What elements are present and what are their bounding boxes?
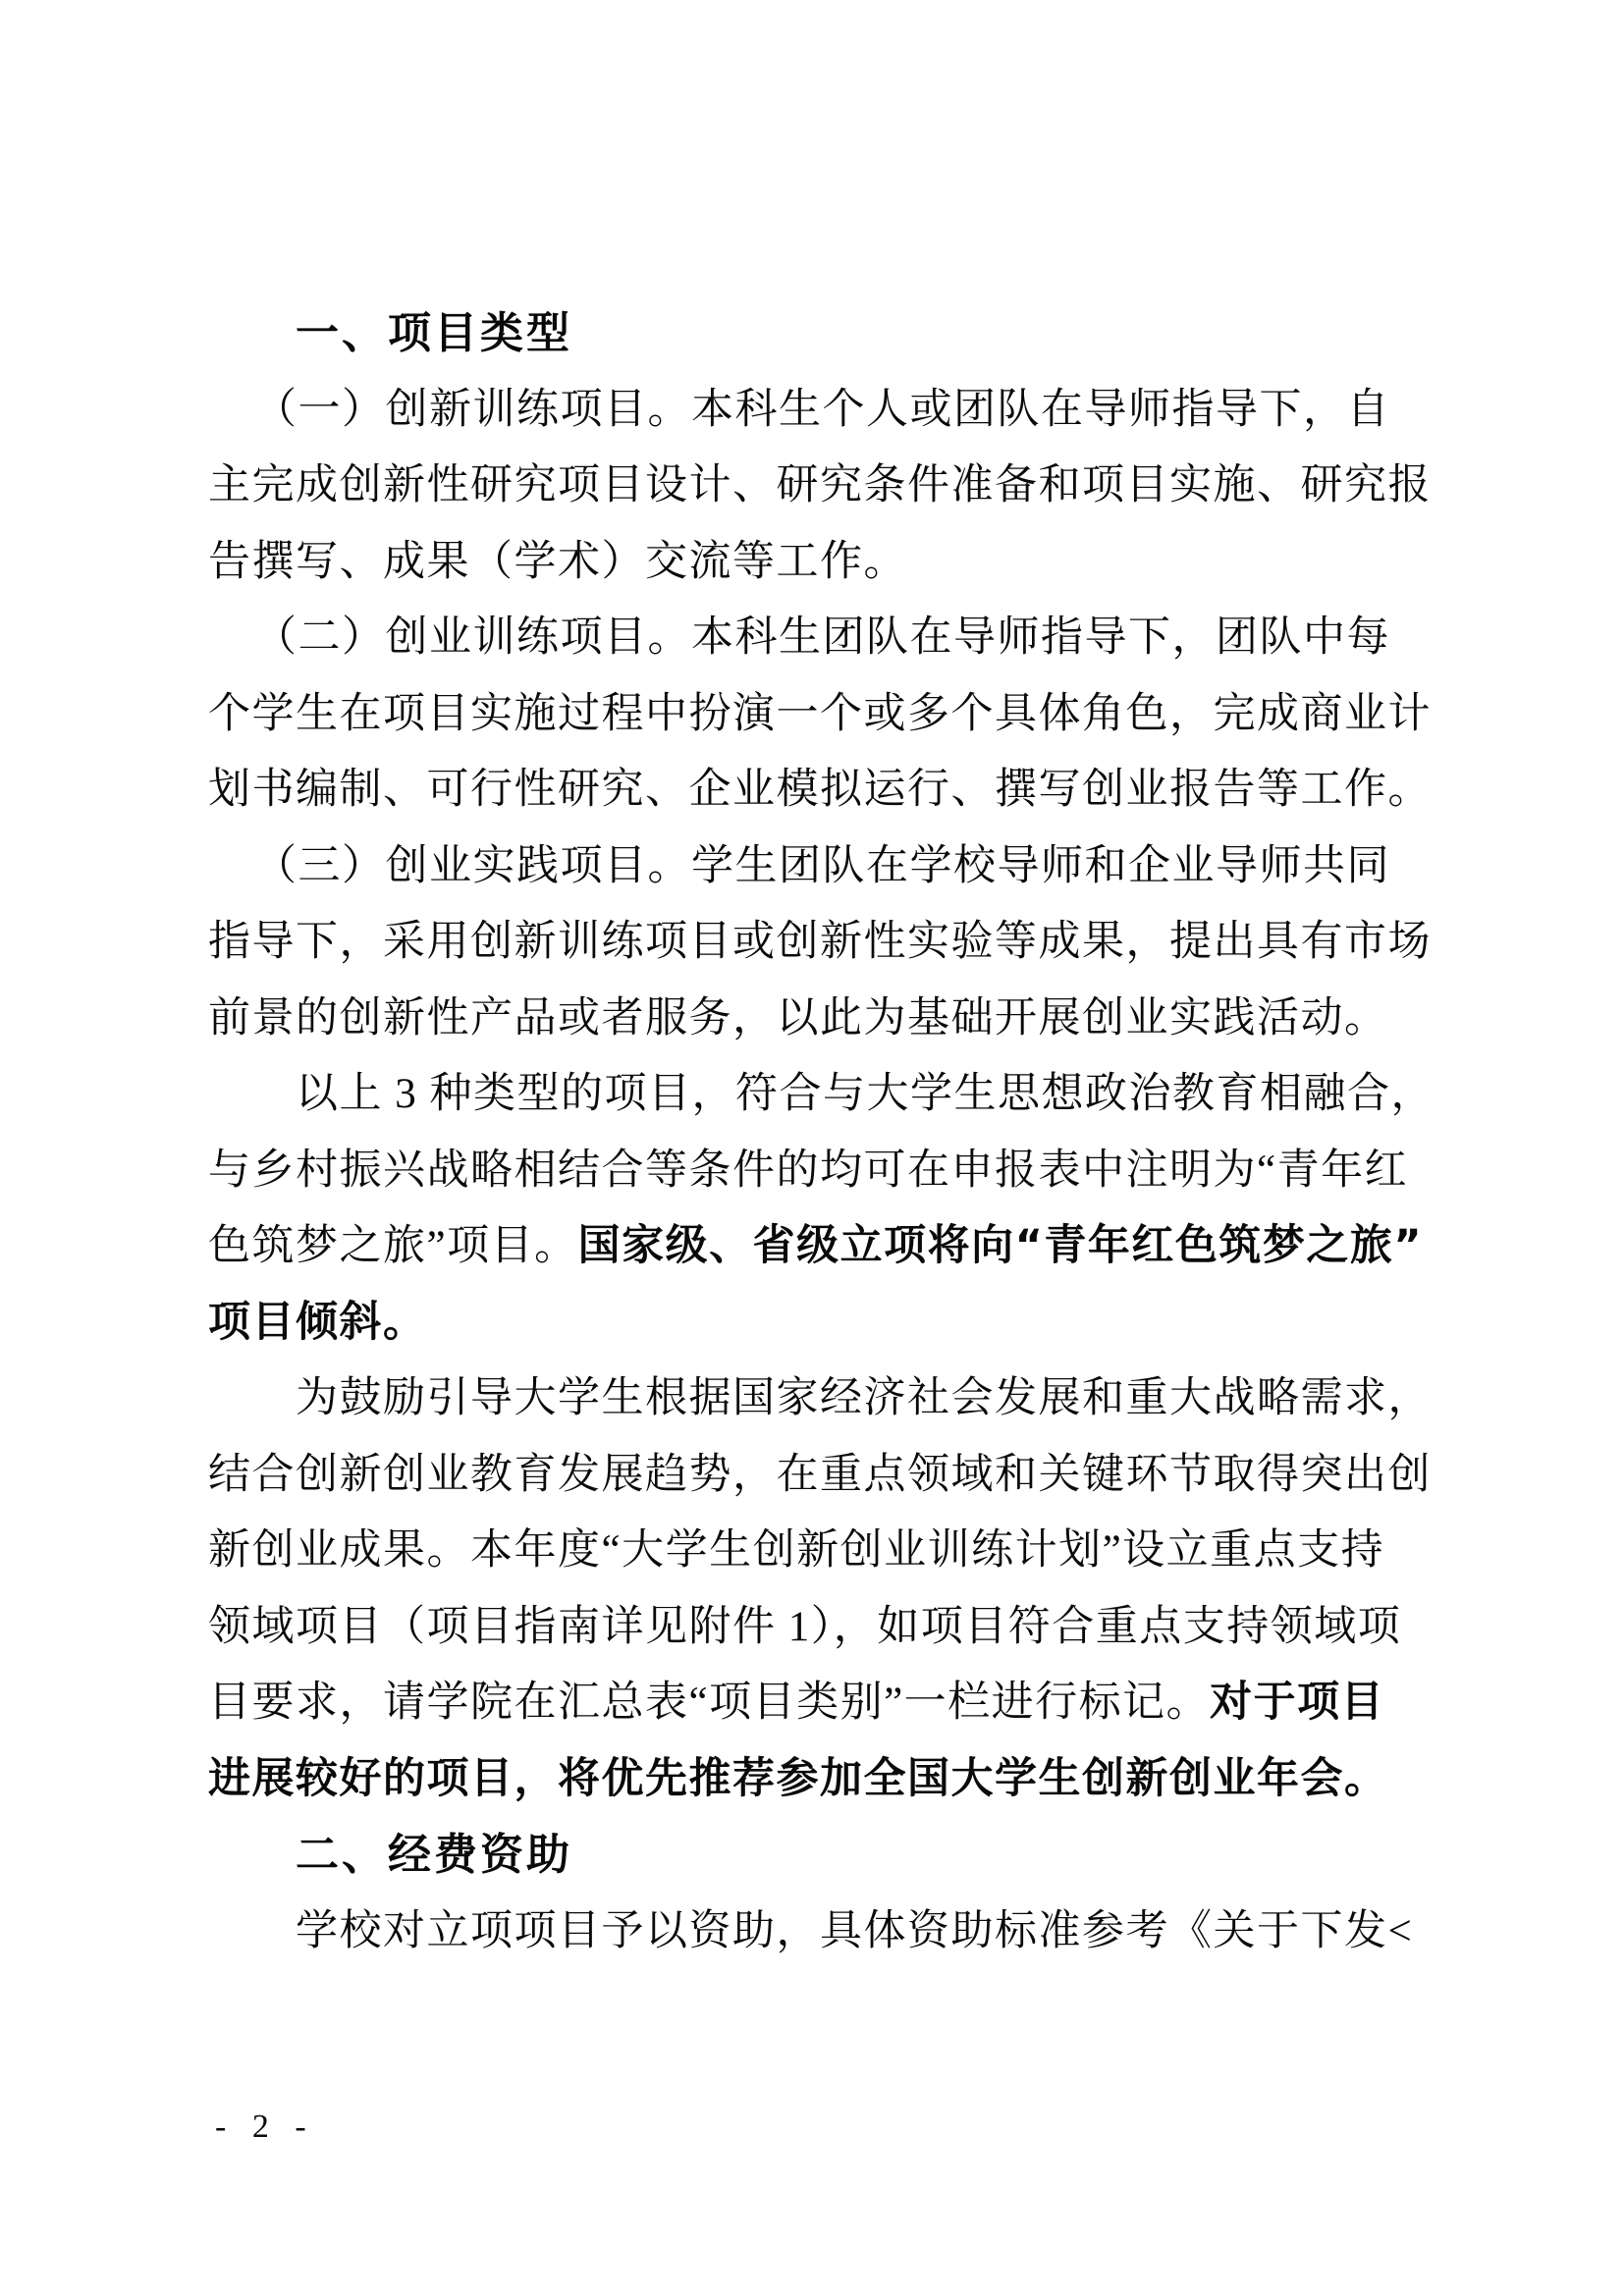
text-run: 划书编制、可行性研究、企业模拟运行、撰写创业报告等工作。 — [208, 767, 1432, 813]
bold-text-run: 项目倾斜。 — [208, 1298, 427, 1347]
text-run: 目要求，请学院在汇总表“项目类别”一栏进行标记。 — [208, 1680, 1210, 1726]
document-line: 进展较好的项目，将优先推荐参加全国大学生创新创业年会。 — [208, 1741, 1426, 1818]
document-line: 新创业成果。本年度“大学生创新创业训练计划”设立重点支持 — [208, 1513, 1426, 1589]
text-run: 色筑梦之旅”项目。 — [208, 1223, 578, 1269]
text-run: 领域项目（项目指南详见附件 1），如项目符合重点支持领域项 — [208, 1604, 1401, 1650]
document-line: 指导下，采用创新训练项目或创新性实验等成果，提出具有市场 — [208, 904, 1426, 981]
text-run: 主完成创新性研究项目设计、研究条件准备和项目实施、研究报 — [208, 462, 1432, 508]
text-run: 个学生在项目实施过程中扮演一个或多个具体角色，完成商业计 — [208, 691, 1432, 737]
bold-text-run: 对于项目 — [1210, 1678, 1384, 1727]
document-page: 一、项目类型（一）创新训练项目。本科生个人或团队在导师指导下，自主完成创新性研究… — [0, 0, 1624, 2296]
document-line: （二）创业训练项目。本科生团队在导师指导下，团队中每 — [208, 600, 1426, 676]
document-line: 目要求，请学院在汇总表“项目类别”一栏进行标记。对于项目 — [208, 1665, 1426, 1741]
document-line: 色筑梦之旅”项目。国家级、省级立项将向“青年红色筑梦之旅” — [208, 1208, 1426, 1285]
document-line: 主完成创新性研究项目设计、研究条件准备和项目实施、研究报 — [208, 448, 1426, 524]
document-content: 一、项目类型（一）创新训练项目。本科生个人或团队在导师指导下，自主完成创新性研究… — [208, 295, 1426, 1969]
document-line: 学校对立项项目予以资助，具体资助标准参考《关于下发< — [208, 1894, 1426, 1970]
document-line: （三）创业实践项目。学生团队在学校导师和企业导师共同 — [208, 828, 1426, 905]
section-heading: 一、项目类型 — [208, 295, 1426, 372]
text-run: 与乡村振兴战略相结合等条件的均可在申报表中注明为“青年红 — [208, 1148, 1408, 1194]
document-line: 前景的创新性产品或者服务，以此为基础开展创业实践活动。 — [208, 981, 1426, 1057]
page-number: - 2 - — [215, 2109, 315, 2146]
text-run: （二）创业训练项目。本科生团队在导师指导下，团队中每 — [254, 614, 1390, 661]
text-run: 结合创新创业教育发展趋势，在重点领域和关键环节取得突出创 — [208, 1452, 1432, 1498]
bold-text-run: 一、项目类型 — [296, 308, 572, 358]
text-run: 以上 3 种类型的项目，符合与大学生思想政治教育相融合， — [296, 1071, 1435, 1117]
text-run: 告撰写、成果（学术）交流等工作。 — [208, 539, 907, 585]
text-run: 新创业成果。本年度“大学生创新创业训练计划”设立重点支持 — [208, 1527, 1384, 1574]
bold-text-run: 二、经费资助 — [296, 1830, 572, 1880]
document-line: 以上 3 种类型的项目，符合与大学生思想政治教育相融合， — [208, 1056, 1426, 1133]
text-run: （一）创新训练项目。本科生个人或团队在导师指导下，自 — [254, 387, 1390, 433]
document-line: 与乡村振兴战略相结合等条件的均可在申报表中注明为“青年红 — [208, 1133, 1426, 1209]
text-run: 前景的创新性产品或者服务，以此为基础开展创业实践活动。 — [208, 995, 1388, 1041]
text-run: 为鼓励引导大学生根据国家经济社会发展和重大战略需求， — [296, 1375, 1432, 1421]
document-line: 划书编制、可行性研究、企业模拟运行、撰写创业报告等工作。 — [208, 752, 1426, 828]
section-heading: 二、经费资助 — [208, 1817, 1426, 1894]
text-run: 指导下，采用创新训练项目或创新性实验等成果，提出具有市场 — [208, 919, 1432, 965]
bold-text-run: 国家级、省级立项将向“青年红色筑梦之旅” — [578, 1221, 1424, 1270]
document-line: 告撰写、成果（学术）交流等工作。 — [208, 524, 1426, 601]
document-line: 项目倾斜。 — [208, 1285, 1426, 1362]
text-run: 学校对立项项目予以资助，具体资助标准参考《关于下发< — [296, 1908, 1413, 1954]
document-line: 结合创新创业教育发展趋势，在重点领域和关键环节取得突出创 — [208, 1437, 1426, 1514]
document-line: （一）创新训练项目。本科生个人或团队在导师指导下，自 — [208, 372, 1426, 449]
bold-text-run: 进展较好的项目，将优先推荐参加全国大学生创新创业年会。 — [208, 1754, 1388, 1803]
document-line: 领域项目（项目指南详见附件 1），如项目符合重点支持领域项 — [208, 1589, 1426, 1666]
text-run: （三）创业实践项目。学生团队在学校导师和企业导师共同 — [254, 843, 1390, 889]
document-line: 为鼓励引导大学生根据国家经济社会发展和重大战略需求， — [208, 1361, 1426, 1437]
document-line: 个学生在项目实施过程中扮演一个或多个具体角色，完成商业计 — [208, 676, 1426, 753]
